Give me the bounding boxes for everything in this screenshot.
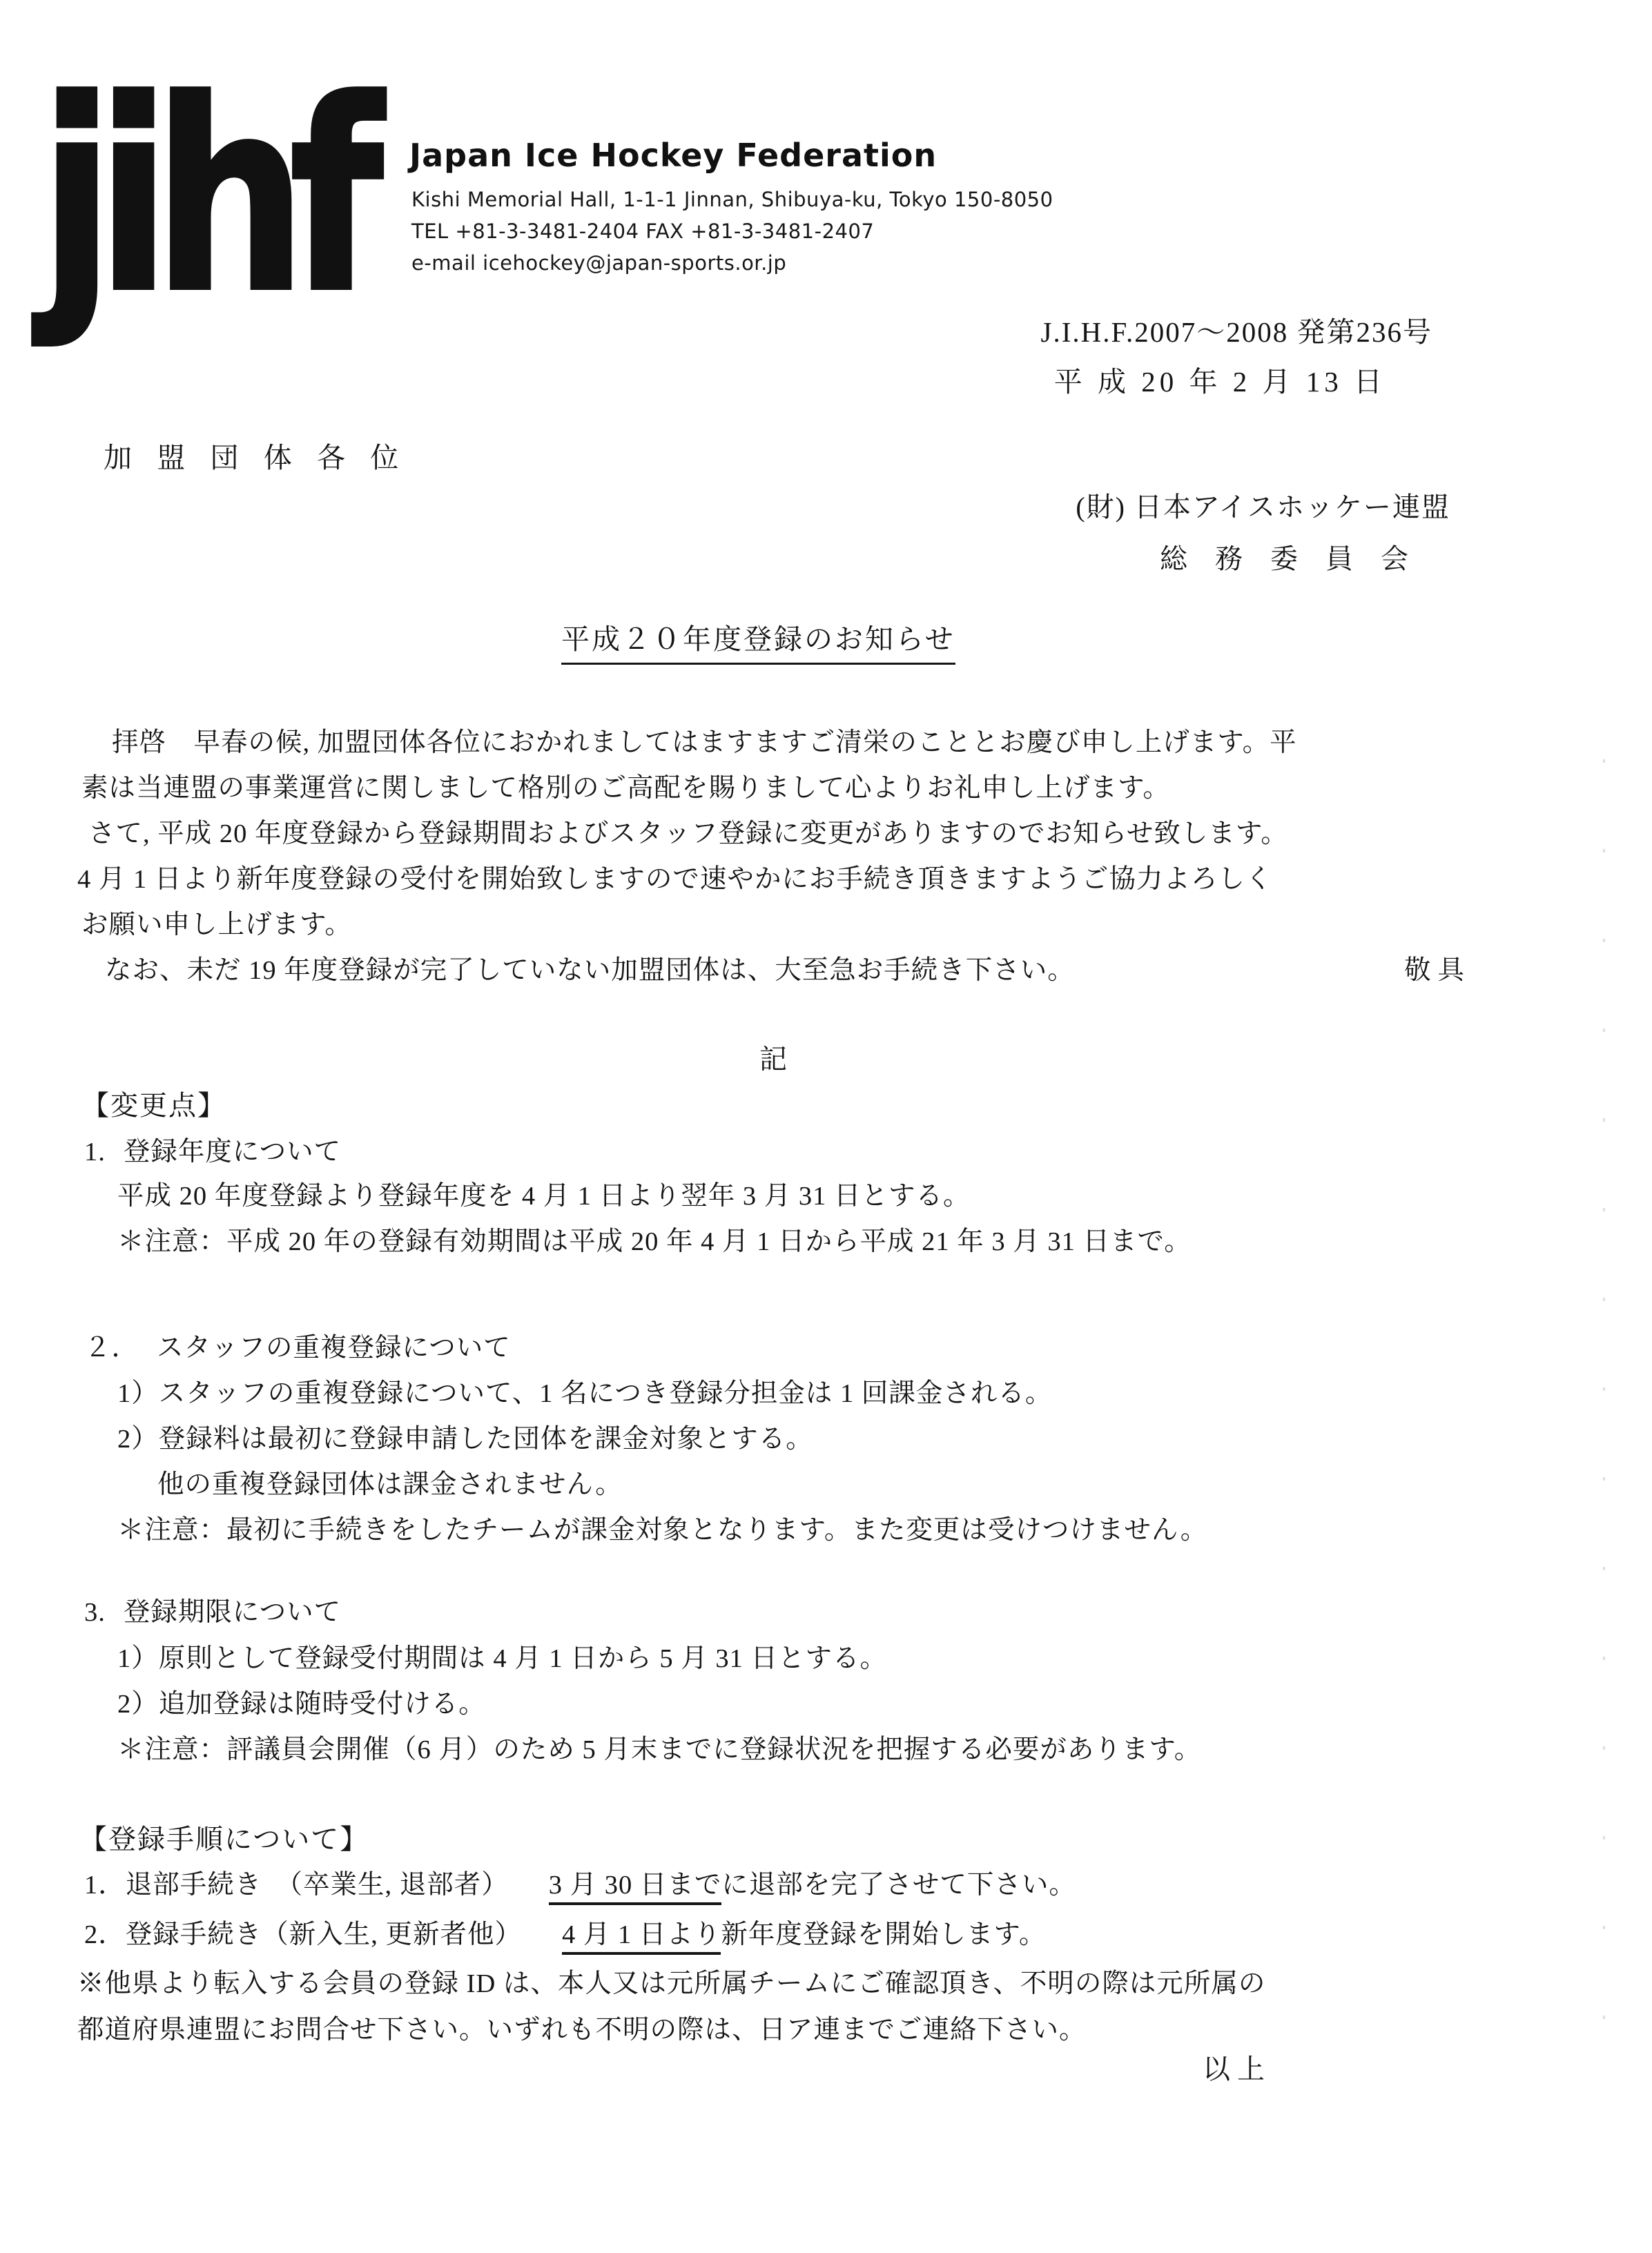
org-email: e-mail icehockey@japan-sports.or.jp — [411, 251, 786, 275]
change-item-1-note: ＊注意：平成 20 年の登録有効期間は平成 20 年 4 月 1 日から平成 2… — [117, 1220, 1192, 1258]
scanned-letter-page: jihf Japan Ice Hockey Federation Kishi M… — [0, 0, 1652, 2253]
procedure-note-line2: 都道府県連盟にお問合せ下さい。いずれも不明の際は、日ア連までご連絡下さい。 — [77, 2009, 1087, 2047]
procedure-item-1: 1．退部手続き （卒業生, 退部者）3 月 30 日までに退部を完了させて下さい… — [84, 1864, 1076, 1902]
change-item-3-sub1: 1）原則として登録受付期間は 4 月 1 日から 5 月 31 日とする。 — [117, 1637, 887, 1675]
procedure-item-1-rest: に退部を完了させて下さい。 — [721, 1871, 1076, 1900]
greeting-line: 拝啓 早春の候, 加盟団体各位におかれましてはますますご清栄のこととお慶び申し上… — [112, 721, 1297, 759]
greeting-line: さて, 平成 20 年度登録から登録期間およびスタッフ登録に変更がありますのでお… — [88, 812, 1288, 850]
closing-salutation: 敬具 — [1404, 949, 1471, 987]
closing-mark: 以上 — [1203, 2047, 1272, 2087]
change-item-2-note: ＊注意：最初に手続きをしたチームが課金対象となります。また変更は受けつけません。 — [117, 1509, 1207, 1547]
change-item-3-title: 3.登録期限について — [84, 1591, 341, 1629]
change-item-1-body: 平成 20 年度登録より登録年度を 4 月 1 日より翌年 3 月 31 日とす… — [117, 1175, 971, 1213]
change-item-2-sub2: 2）登録料は最初に登録申請した団体を課金対象とする。 — [117, 1418, 813, 1456]
change-item-3-sub2: 2）追加登録は随時受付ける。 — [117, 1683, 486, 1721]
procedure-heading: 【登録手順について】 — [79, 1817, 369, 1857]
procedure-item-2-label: 2．登録手続き（新入生, 更新者他） — [84, 1920, 522, 1949]
jihf-logo: jihf — [40, 66, 367, 329]
greeting-line: 素は当連盟の事業運営に関しまして格別のご高配を賜りまして心よりお礼申し上げます。 — [81, 767, 1170, 805]
procedure-item-2: 2．登録手続き（新入生, 更新者他）4 月 1 日より新年度登録を開始します。 — [84, 1913, 1046, 1951]
procedure-item-2-startdate: 4 月 1 日より — [562, 1920, 721, 1955]
item-number: ２． — [84, 1327, 139, 1365]
item-number: 1. — [84, 1137, 106, 1167]
document-date: 平 成 20 年 2 月 13 日 — [1054, 359, 1386, 400]
scan-artifact — [1603, 718, 1605, 2050]
greeting-line: お願い申し上げます。 — [81, 904, 352, 942]
change-item-3-note: ＊注意：評議員会開催（6 月）のため 5 月末までに登録状況を把握する必要があり… — [117, 1728, 1201, 1766]
reference-number: J.I.H.F.2007～2008 発第236号 — [1041, 309, 1433, 350]
sender-organization: (財) 日本アイスホッケー連盟 — [1076, 485, 1450, 525]
org-tel-fax: TEL +81-3-3481-2404 FAX +81-3-3481-2407 — [411, 220, 874, 243]
changes-heading: 【変更点】 — [81, 1084, 226, 1123]
greeting-line: なお、未だ 19 年度登録が完了していない加盟団体は、大至急お手続き下さい。 — [105, 949, 1075, 987]
procedure-item-1-label: 1．退部手続き （卒業生, 退部者） — [84, 1871, 509, 1900]
change-item-2-title: ２．スタッフの重複登録について — [84, 1327, 511, 1365]
org-address: Kishi Memorial Hall, 1-1-1 Jinnan, Shibu… — [411, 188, 1053, 211]
record-mark: 記 — [759, 1037, 790, 1077]
document-title: 平成２０年度登録のお知らせ — [561, 616, 955, 665]
procedure-item-2-rest: 新年度登録を開始します。 — [721, 1920, 1046, 1949]
addressee: 加 盟 団 体 各 位 — [104, 435, 407, 476]
change-item-1-title: 1.登録年度について — [84, 1131, 341, 1169]
change-item-2-sub1: 1）スタッフの重複登録について、1 名につき登録分担金は 1 回課金される。 — [117, 1372, 1052, 1410]
item-number: 3. — [84, 1597, 106, 1628]
change-item-2-sub2-cont: 他の重複登録団体は課金されません。 — [157, 1463, 623, 1501]
procedure-item-1-deadline: 3 月 30 日まで — [549, 1871, 722, 1905]
item-title: 登録年度について — [124, 1138, 341, 1167]
item-title: 登録期限について — [124, 1598, 341, 1627]
procedure-note-line1: ※他県より転入する会員の登録 ID は、本人又は元所属チームにご確認頂き、不明の… — [77, 1962, 1265, 2000]
sender-department: 総 務 委 員 会 — [1160, 537, 1419, 576]
greeting-line: 4 月 1 日より新年度登録の受付を開始致しますので速やかにお手続き頂きますよう… — [77, 858, 1272, 896]
org-name: Japan Ice Hockey Federation — [409, 137, 937, 174]
item-title: スタッフの重複登録について — [157, 1334, 511, 1363]
